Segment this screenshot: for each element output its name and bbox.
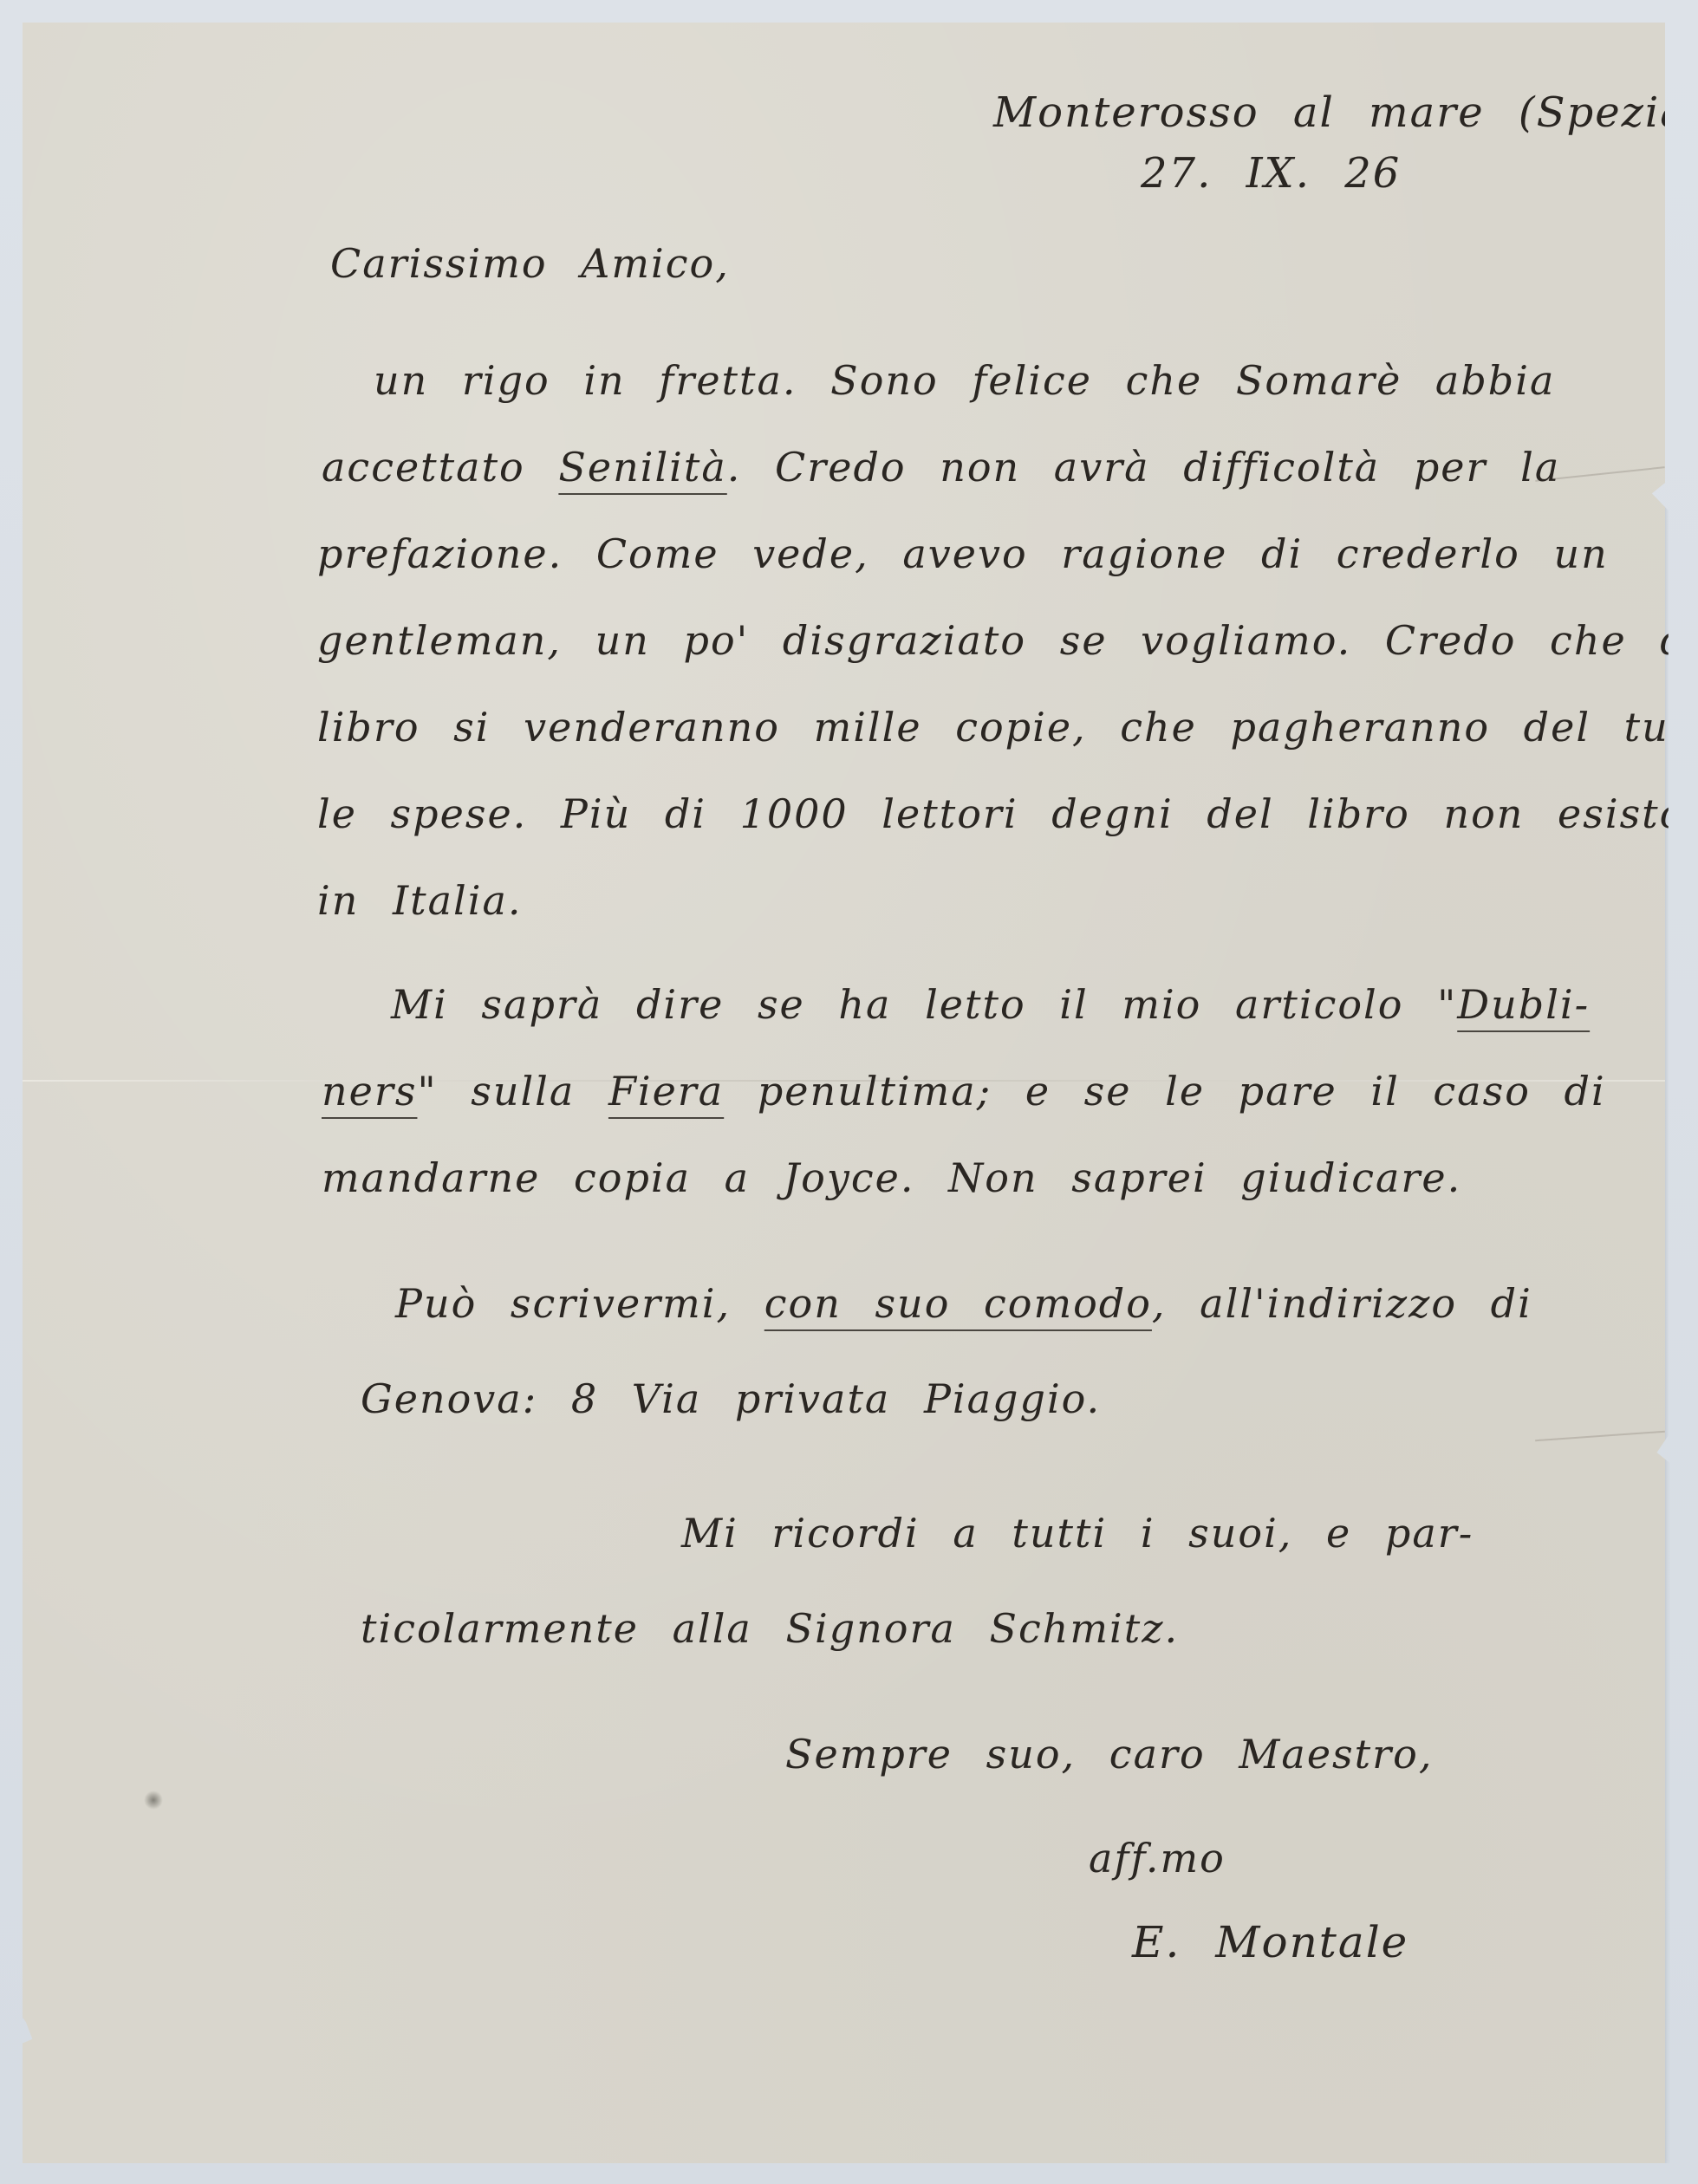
letter-line-3: prefazione. Come vede, avevo ragione di …	[317, 534, 1609, 574]
underlined-title-dubliners: Dubli-	[1457, 981, 1590, 1028]
line-text: accettato	[322, 444, 558, 491]
letter-line-6: le spese. Più di 1000 lettori degni del …	[317, 794, 1698, 834]
letter-line-2: accettato Senilità. Credo non avrà diffi…	[322, 447, 1560, 487]
line-text: penultima; e se le pare il caso di	[724, 1068, 1606, 1115]
letter-salutation: Carissimo Amico,	[330, 244, 730, 283]
letter-closing-affmo: aff.mo	[1089, 1838, 1226, 1878]
letter-sheet: Monterosso al mare (Spezia) 27. IX. 26 C…	[23, 23, 1665, 2163]
letter-line-8: Mi saprà dire se ha letto il mio articol…	[391, 985, 1590, 1024]
underlined-title-fiera: Fiera	[608, 1068, 724, 1115]
letter-line-1: un rigo in fretta. Sono felice che Somar…	[374, 361, 1555, 400]
line-text: . Credo non avrà difficoltà per la	[727, 444, 1560, 491]
line-text: Mi saprà dire se ha letto il mio articol…	[391, 981, 1457, 1028]
edge-tear-lower-right	[1535, 1431, 1665, 1441]
letter-line-9: ners" sulla Fiera penultima; e se le par…	[322, 1071, 1606, 1111]
line-text: Può scrivermi,	[395, 1280, 764, 1327]
letter-line-4: gentleman, un po' disgraziato se vogliam…	[317, 621, 1698, 660]
letter-line-13: Mi ricordi a tutti i suoi, e par-	[681, 1513, 1474, 1553]
letter-place: Monterosso al mare (Spezia)	[993, 92, 1698, 133]
letter-line-5: libro si venderanno mille copie, che pag…	[317, 707, 1698, 747]
letter-signature: E. Montale	[1132, 1921, 1408, 1964]
letter-line-14: ticolarmente alla Signora Schmitz.	[361, 1609, 1179, 1648]
line-text: , all'indirizzo di	[1152, 1280, 1532, 1327]
line-text: " sulla	[417, 1068, 608, 1115]
letter-line-11: Può scrivermi, con suo comodo, all'indir…	[395, 1284, 1532, 1323]
underlined-title-dubliners-cont: ners	[322, 1068, 417, 1115]
ink-blot	[144, 1791, 163, 1810]
letter-line-7: in Italia.	[317, 881, 523, 920]
letter-date: 27. IX. 26	[1141, 153, 1401, 194]
letter-line-12: Genova: 8 Via privata Piaggio.	[361, 1379, 1101, 1419]
underlined-phrase: con suo comodo	[764, 1280, 1152, 1327]
underlined-title-senilita: Senilità	[558, 444, 726, 491]
letter-closing: Sempre suo, caro Maestro,	[785, 1734, 1433, 1774]
letter-line-10: mandarne copia a Joyce. Non saprei giudi…	[322, 1158, 1461, 1198]
